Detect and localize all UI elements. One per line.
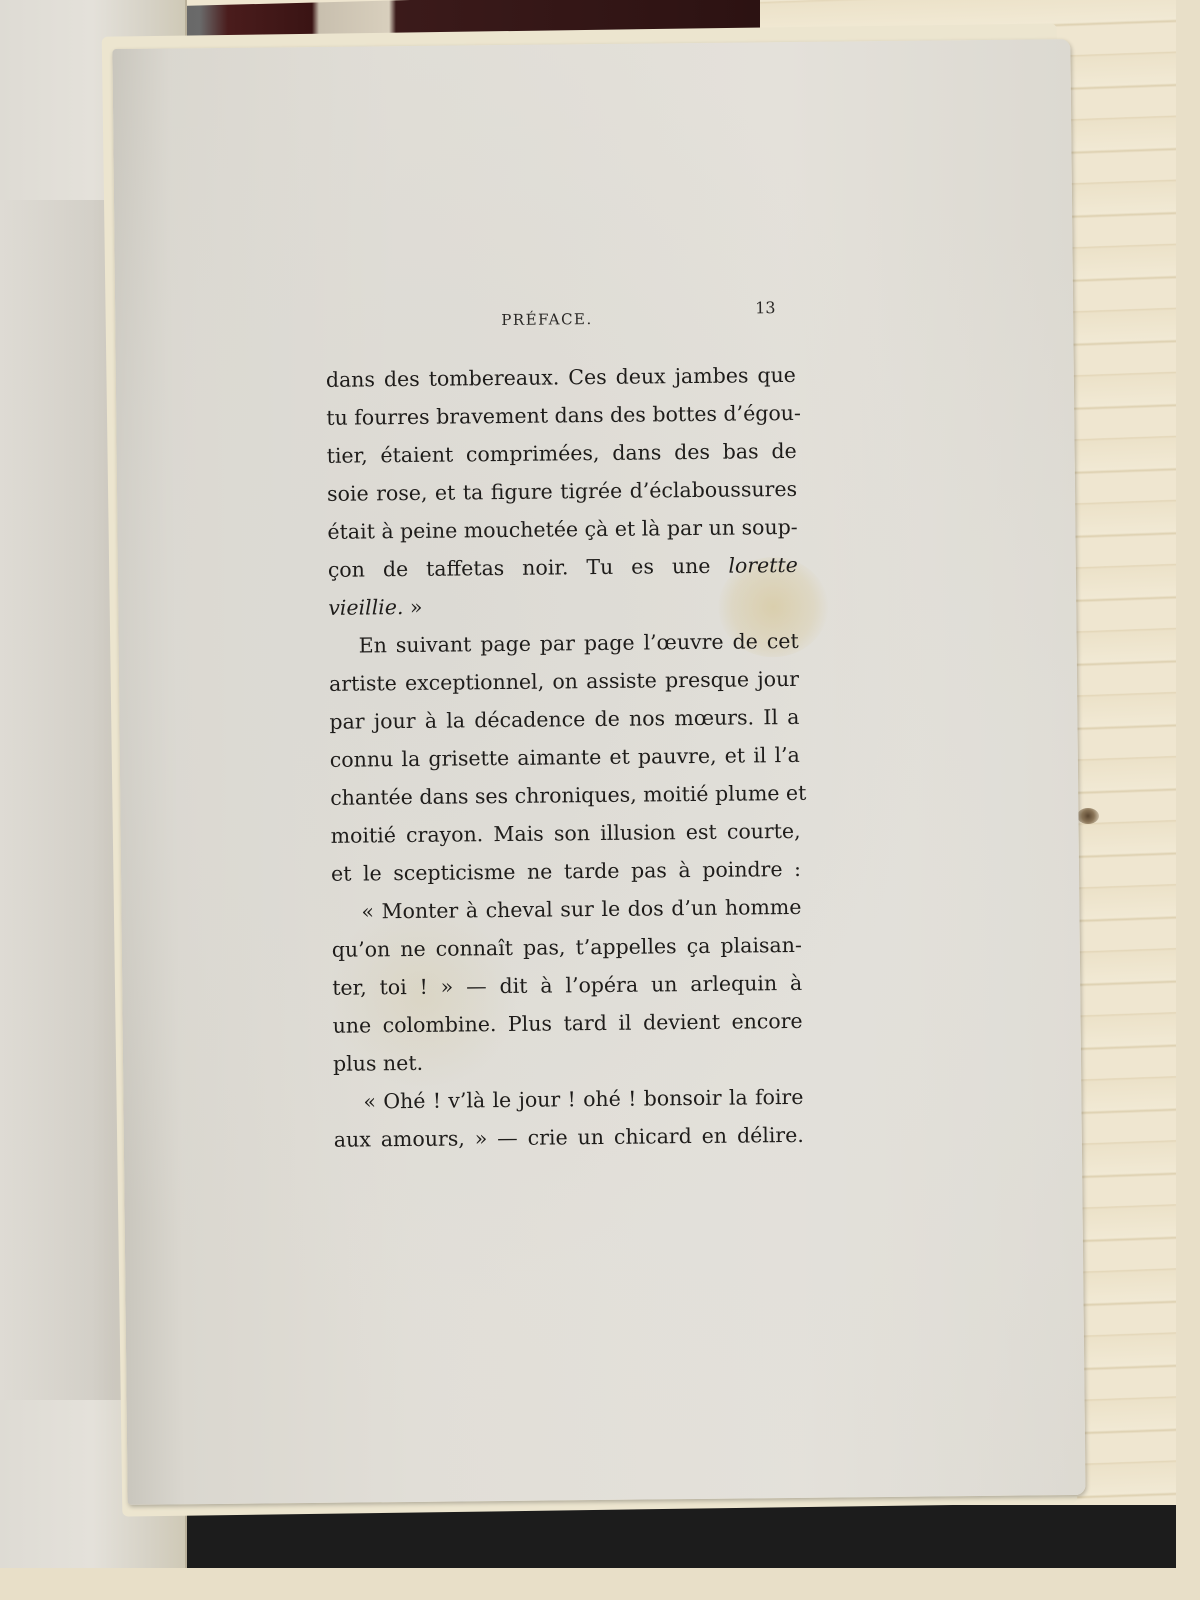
quote-start-line: « Ohé ! v’là le jour ! ohé ! bonsoir la … [363,1084,803,1115]
text-span: » [403,595,422,619]
text-line: tu fourres bravement dans des bottes d’é… [326,400,796,431]
page-text-block: PRÉFACE. 13 dans des tombereaux. Ces deu… [325,292,825,297]
text-line: chantée dans ses chroniques, moitié plum… [330,780,800,811]
italic-text-span: vieillie. [328,595,403,620]
text-line: vieillie. » [328,590,798,621]
book-page: PRÉFACE. 13 dans des tombereaux. Ces deu… [112,39,1085,1505]
text-line: ter, toi ! » — dit à l’opéra un arlequin… [332,970,802,1001]
background-shadow-bottom [150,1505,1176,1568]
text-line: par jour à la décadence de nos mœurs. Il… [329,704,799,735]
text-line: aux amours, » — crie un chicard en délir… [334,1122,804,1153]
text-line: connu la grisette aimante et pauvre, et … [330,742,800,773]
wood-knot [1077,808,1099,824]
text-line: artiste exceptionnel, on assiste presque… [329,666,799,697]
paragraph-start-line: En suivant page par page l’œuvre de cet [359,628,799,659]
text-line: plus net. [333,1046,803,1077]
text-line: çon de taffetas noir. Tu es une lorette [328,552,798,583]
text-line: était à peine mouchetée çà et là par un … [327,514,797,545]
italic-text-span: lorette [728,553,798,578]
text-line: une colombine. Plus tard il devient enco… [333,1008,803,1039]
page-number: 13 [755,298,776,317]
text-line: soie rose, et ta figure tigrée d’éclabou… [327,476,797,507]
text-line: tier, étaient comprimées, dans des bas d… [327,438,797,469]
text-line: et le scepticisme ne tarde pas à poindre… [331,856,801,887]
quote-start-line: « Monter à cheval sur le dos d’un homme [361,894,801,925]
text-span: çon de taffetas noir. Tu es une [328,554,729,582]
text-line: moitié crayon. Mais son illusion est cou… [331,818,801,849]
text-line: dans des tombereaux. Ces deux jambes que [326,362,796,393]
text-line: qu’on ne connaît pas, t’appelles ça plai… [332,932,802,963]
running-head: PRÉFACE. [501,310,593,329]
